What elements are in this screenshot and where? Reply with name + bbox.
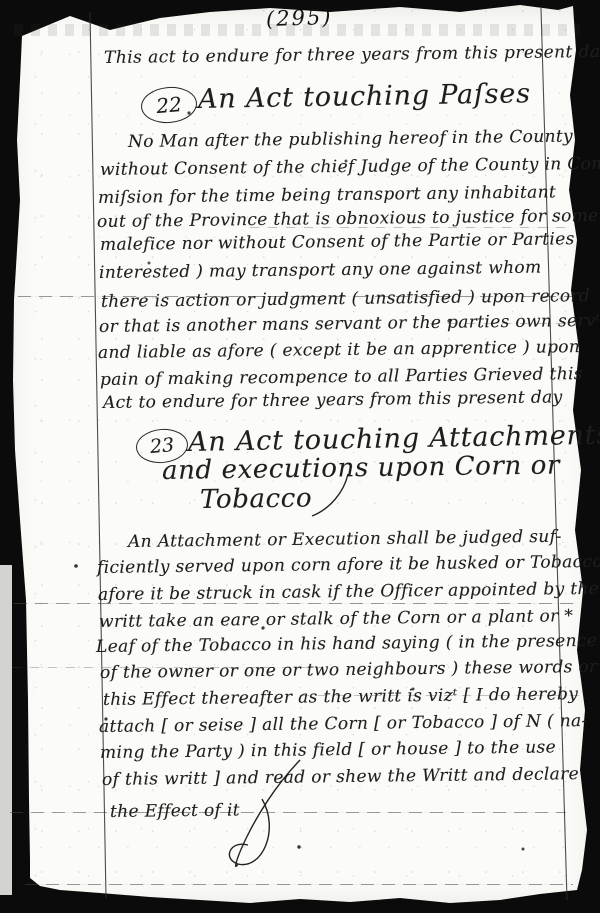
manuscript-line: the Effect of it [110, 800, 240, 822]
act-title: Tobacco [200, 483, 313, 515]
act-number: 22 [155, 92, 182, 118]
scan-specks [0, 0, 2, 2]
act-title: and executions upon Corn or [162, 450, 560, 486]
manuscript-scan: (295) This act to endure for three years… [0, 0, 600, 913]
adjacent-page-sliver [0, 565, 12, 895]
page-number: (295) [266, 5, 333, 31]
act-number: 23 [149, 434, 175, 458]
act-title: An Act touching Paſses [198, 78, 531, 116]
